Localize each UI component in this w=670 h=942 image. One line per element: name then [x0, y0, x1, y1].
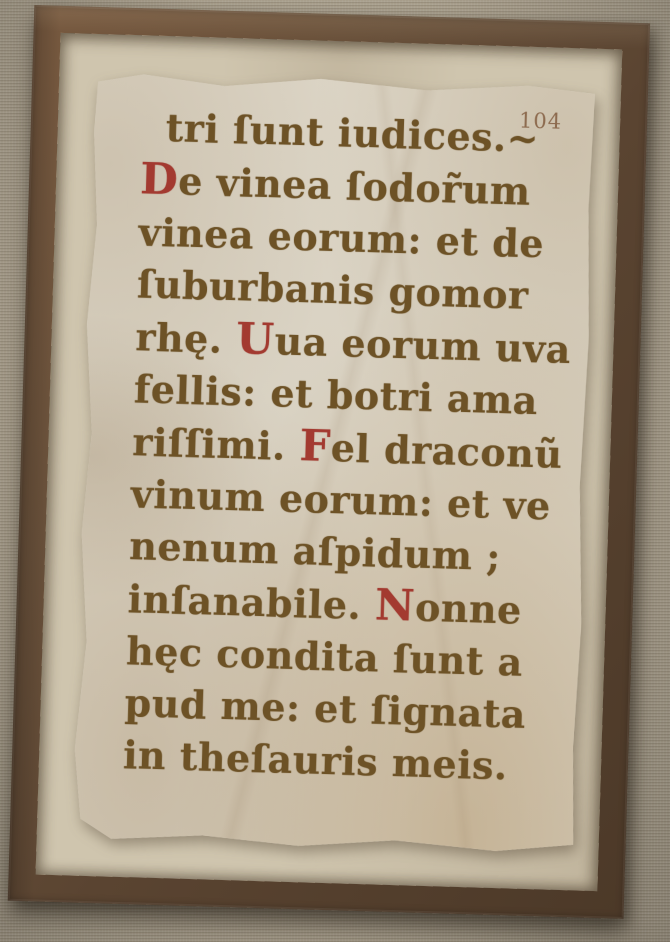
text-segment: ſuburbanis gomor [136, 261, 529, 318]
text-segment: onne [414, 585, 522, 633]
manuscript-parchment: 104 tri ſunt iudices.~De vinea ſodor̃umv… [71, 70, 600, 857]
text-segment: vinea eorum: et de [138, 209, 545, 266]
text-segment: in theſauris meis. [123, 732, 509, 788]
text-segment: vinum eorum: et ve [130, 471, 551, 528]
text-segment: e vinea ſodor̃um [178, 158, 532, 213]
manuscript-text: tri ſunt iudices.~De vinea ſodor̃umvinea… [122, 101, 590, 794]
rubric-initial: D [139, 153, 179, 205]
text-segment: inſanabile. [127, 576, 376, 628]
text-segment: ua eorum uva [274, 318, 572, 372]
text-segment: hęc condita ſunt a [126, 628, 524, 685]
text-segment: pud me: et ſignata [124, 680, 527, 737]
text-segment: fellis: et botri ama [133, 366, 538, 423]
text-segment: el draconũ [330, 425, 563, 477]
rubric-initial: F [299, 420, 332, 472]
frame-mat: 104 tri ſunt iudices.~De vinea ſodor̃umv… [36, 33, 623, 891]
text-segment: riſſimi. [132, 419, 300, 469]
rubric-initial: N [374, 579, 416, 631]
picture-frame: 104 tri ſunt iudices.~De vinea ſodor̃umv… [8, 5, 650, 919]
text-segment: tri ſunt iudices.~ [165, 105, 540, 161]
text-segment: nenum aſpidum ; [129, 523, 502, 579]
parchment-wrapper: 104 tri ſunt iudices.~De vinea ſodor̃umv… [71, 70, 600, 857]
text-segment: rhę. [135, 314, 237, 362]
rubric-initial: U [236, 313, 276, 365]
